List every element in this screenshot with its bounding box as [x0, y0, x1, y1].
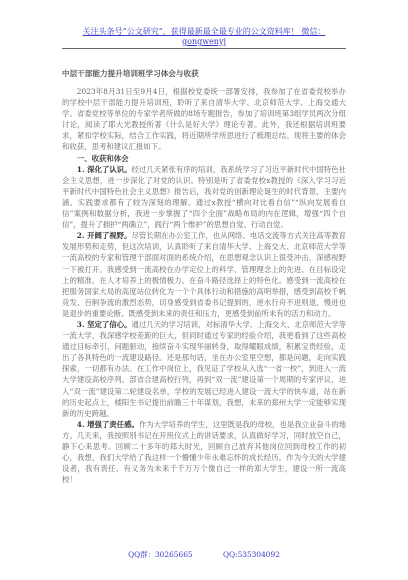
item-paragraph-1: 1. 深化了认识。经过几天紧张有序的培训，我系统学习了习近平新时代中国特色社会主… — [62, 164, 346, 231]
item-text: 尽管长期在办公室工作，也从网络、电话交流等方式关注高等教育发展形势和走势，但这次… — [62, 231, 346, 318]
item-lead: 4. 增强了责任感。 — [77, 420, 139, 429]
document-title: 中层干部能力提升培训班学习体会与收获 — [62, 68, 346, 79]
item-lead: 1. 深化了认识。 — [77, 165, 132, 174]
item-lead: 2. 开阔了视野。 — [77, 231, 132, 240]
footer-contact: QQ群：30265665 QQ:535304092 — [0, 549, 408, 560]
item-text: 作为大学培养的学生，这里既是我的母校，也是我立业奋斗的地方。几天来，我按照别书记… — [62, 420, 346, 484]
item-text: 经过几天紧张有序的培训，我系统学习了习近平新时代中国特色社会主义思想，进一步深化… — [62, 165, 346, 229]
header-banner: 关注头条号“公文研究”，获得最新最全最专业的公文资料库！ 微信：gongweny… — [62, 26, 346, 49]
item-paragraph-3: 3. 坚定了信心。通过几天的学习培训，对标清华大学、上海交大、北京师范大学等一流… — [62, 319, 346, 419]
document-body: 中层干部能力提升培训班学习体会与收获 2023年8月31日至9月4日，根据校党委… — [62, 68, 346, 485]
item-paragraph-2: 2. 开阔了视野。尽管长期在办公室工作，也从网络、电话交流等方式关注高等教育发展… — [62, 230, 346, 319]
intro-paragraph: 2023年8月31日至9月4日，根据校党委统一部署安排，我参加了在省委党校举办的… — [62, 86, 346, 153]
item-lead: 3. 坚定了信心。 — [77, 320, 132, 329]
qq-number: QQ:535304092 — [223, 550, 280, 559]
item-text: 通过几天的学习培训，对标清华大学、上海交大、北京师范大学等一流大学，我深感学校差… — [62, 320, 346, 418]
section-heading: 一、收获和体会 — [62, 153, 346, 164]
qq-group: QQ群：30265665 — [128, 550, 193, 559]
header-promo-link[interactable]: 关注头条号“公文研究”，获得最新最全最专业的公文资料库！ 微信：gongweny… — [83, 27, 326, 46]
item-paragraph-4: 4. 增强了责任感。作为大学培养的学生，这里既是我的母校，也是我立业奋斗的地方。… — [62, 419, 346, 486]
